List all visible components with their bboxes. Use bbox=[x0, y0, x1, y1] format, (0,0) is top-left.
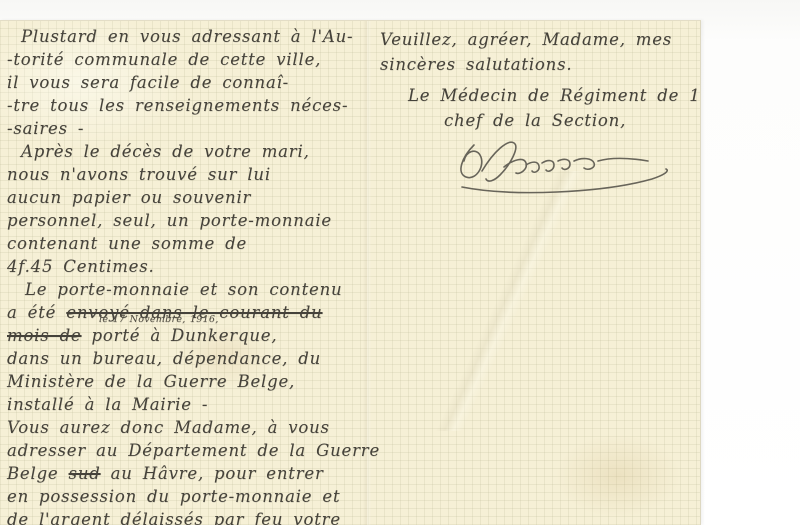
line-text: porté bbox=[82, 326, 151, 345]
letter-line: -saires - bbox=[7, 117, 363, 140]
letter-left-page: Plustard en vous adressant à l'Au- -tori… bbox=[7, 25, 363, 525]
line-text: sincères salutations. bbox=[380, 55, 572, 74]
letter-paper: Plustard en vous adressant à l'Au- -tori… bbox=[0, 20, 701, 525]
letter-line: Veuillez, agréer, Madame, mes bbox=[380, 27, 700, 52]
line-text: au Hâvre, pour entrer bbox=[101, 464, 324, 483]
line-text: Belge bbox=[7, 464, 69, 483]
line-text: 4f.45 Centimes. bbox=[7, 257, 155, 276]
letter-line: -torité communale de cette ville, bbox=[7, 48, 363, 71]
letter-line: chef de la Section, bbox=[380, 108, 700, 133]
paper-crease bbox=[340, 171, 670, 431]
line-text: adresser au Département de la Guerre bbox=[7, 441, 380, 460]
letter-line: nous n'avons trouvé sur lui bbox=[7, 163, 363, 186]
line-text: il vous sera facile de connaî- bbox=[7, 73, 289, 92]
letter-line: Ministère de la Guerre Belge, bbox=[7, 370, 363, 393]
letter-right-page: Veuillez, agréer, Madame, mes sincères s… bbox=[380, 27, 700, 203]
letter-line: installé à la Mairie - bbox=[7, 393, 363, 416]
letter-line: Belge sud au Hâvre, pour entrer bbox=[7, 462, 363, 485]
letter-line: adresser au Département de la Guerre bbox=[7, 439, 363, 462]
letter-line: aucun papier ou souvenir bbox=[7, 186, 363, 209]
line-text: dans un bureau, dépendance, du bbox=[7, 349, 321, 368]
signature-flourish bbox=[452, 131, 701, 203]
line-text: à Dunkerque, bbox=[150, 326, 277, 345]
line-text: de l'argent délaissés par feu votre bbox=[7, 510, 341, 525]
letter-line: Le porte-monnaie et son contenu bbox=[7, 278, 363, 301]
line-text: en possession du porte-monnaie et bbox=[7, 487, 340, 506]
line-text: Le porte-monnaie et son contenu bbox=[25, 280, 342, 299]
line-text: Vous aurez donc Madame, à vous bbox=[7, 418, 330, 437]
letter-line: en possession du porte-monnaie et bbox=[7, 485, 363, 508]
scanned-letter: Plustard en vous adressant à l'Au- -tori… bbox=[0, 0, 800, 525]
letter-line: Le Médecin de Régiment de 1ère classe, bbox=[380, 83, 700, 108]
letter-line: dans un bureau, dépendance, du bbox=[7, 347, 363, 370]
crossed-out-text: mois de bbox=[7, 326, 82, 345]
letter-line-with-insertion: le 17 Novembre, 1916,mois de porté à Dun… bbox=[7, 324, 363, 347]
line-text: contenant une somme de bbox=[7, 234, 247, 253]
line-text: Veuillez, agréer, Madame, mes bbox=[380, 30, 672, 49]
letter-line: de l'argent délaissés par feu votre bbox=[7, 508, 363, 525]
letter-line: 4f.45 Centimes. bbox=[7, 255, 363, 278]
inserted-date-note: le 17 Novembre, 1916, bbox=[99, 315, 219, 325]
line-text: a été bbox=[7, 303, 66, 322]
line-text: aucun papier ou souvenir bbox=[7, 188, 251, 207]
line-text: -saires - bbox=[7, 119, 84, 138]
line-text: Ministère de la Guerre Belge, bbox=[7, 372, 295, 391]
letter-line: sincères salutations. bbox=[380, 52, 700, 77]
line-text: -torité communale de cette ville, bbox=[7, 50, 321, 69]
line-text: Plustard en vous adressant à l'Au- bbox=[21, 27, 353, 46]
line-text: nous n'avons trouvé sur lui bbox=[7, 165, 271, 184]
line-text: chef de la Section, bbox=[444, 111, 626, 130]
crossed-out-text: sud bbox=[69, 464, 101, 483]
line-text: Après le décès de votre mari, bbox=[21, 142, 310, 161]
line-text: -tre tous les renseignements néces- bbox=[7, 96, 348, 115]
letter-line: contenant une somme de bbox=[7, 232, 363, 255]
letter-line: Plustard en vous adressant à l'Au- bbox=[7, 25, 363, 48]
line-text: personnel, seul, un porte-monnaie bbox=[7, 211, 332, 230]
line-text: installé à la Mairie - bbox=[7, 395, 208, 414]
letter-line: -tre tous les renseignements néces- bbox=[7, 94, 363, 117]
letter-line: Après le décès de votre mari, bbox=[7, 140, 363, 163]
line-text: Le Médecin de Régiment de 1ère classe, bbox=[408, 86, 701, 105]
letter-line: personnel, seul, un porte-monnaie bbox=[7, 209, 363, 232]
letter-line: Vous aurez donc Madame, à vous bbox=[7, 416, 363, 439]
letter-line: il vous sera facile de connaî- bbox=[7, 71, 363, 94]
